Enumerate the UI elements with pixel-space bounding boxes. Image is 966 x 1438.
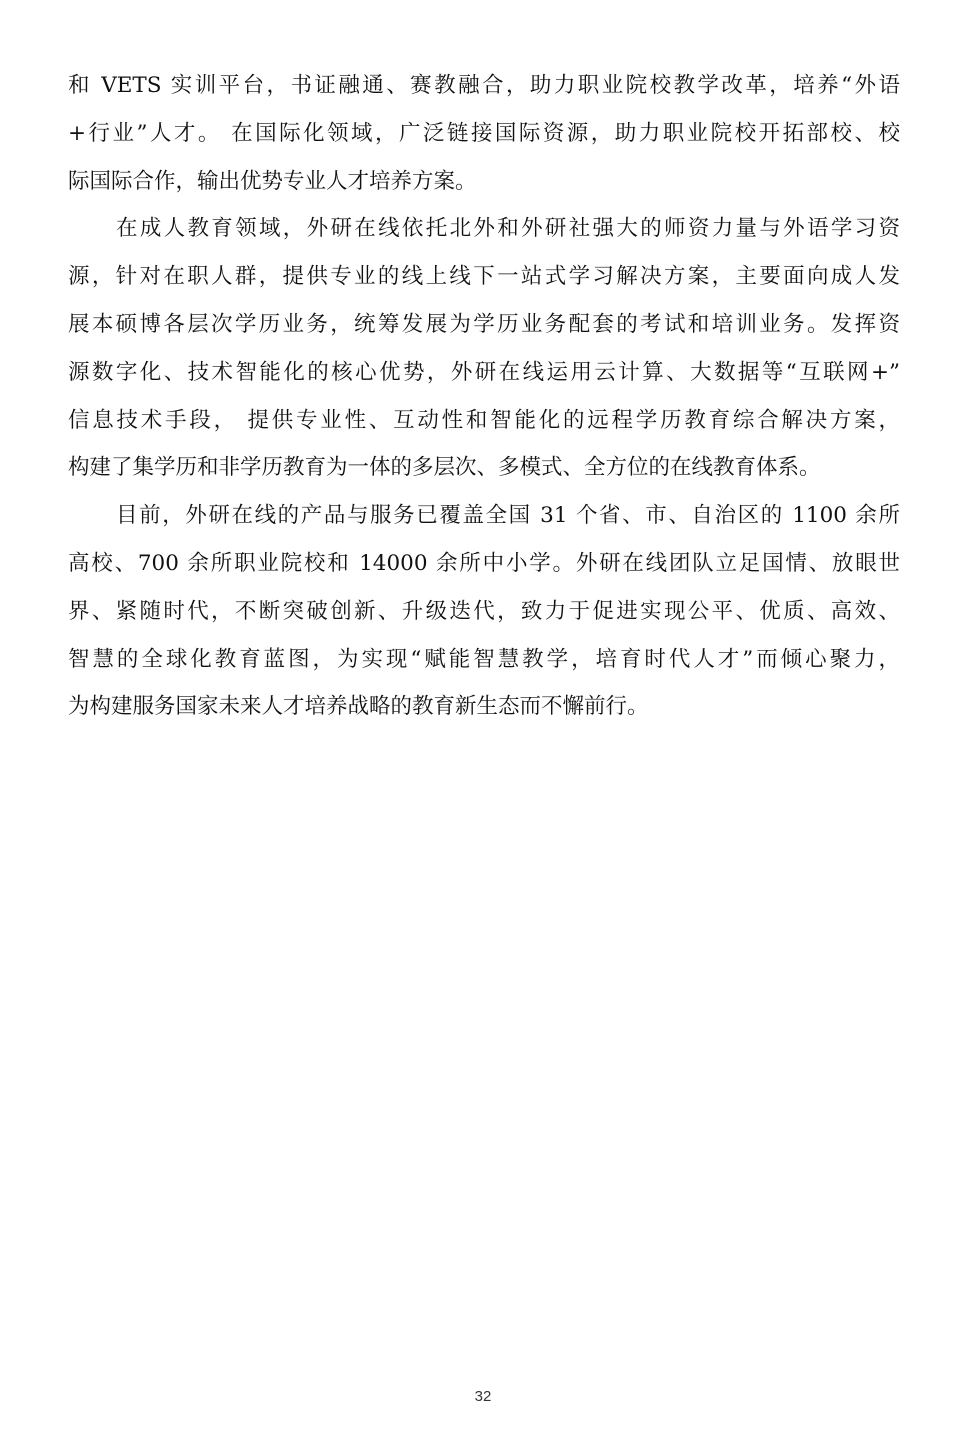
paragraph-international: 和 VETS 实训平台，书证融通、赛教融合，助力职业院校教学改革，培养“外语 +… [68, 62, 900, 205]
text-line: 和 VETS 实训平台，书证融通、赛教融合，助力职业院校教学改革，培养“外语 [68, 62, 900, 110]
text-line: 信息技术手段， 提供专业性、互动性和智能化的远程学历教育综合解决方案， [68, 397, 900, 445]
text-line: 为构建服务国家未来人才培养战略的教育新生态而不懈前行。 [68, 683, 900, 731]
text-line: 在成人教育领域，外研在线依托北外和外研社强大的师资力量与外语学习资 [68, 205, 900, 253]
paragraph-coverage: 目前，外研在线的产品与服务已覆盖全国 31 个省、市、自治区的 1100 余所 … [68, 492, 900, 731]
text-line: 目前，外研在线的产品与服务已覆盖全国 31 个省、市、自治区的 1100 余所 [68, 492, 900, 540]
text-line: 构建了集学历和非学历教育为一体的多层次、多模式、全方位的在线教育体系。 [68, 444, 900, 492]
text-line: 界、紧随时代，不断突破创新、升级迭代，致力于促进实现公平、优质、高效、 [68, 588, 900, 636]
text-line: 智慧的全球化教育蓝图，为实现“赋能智慧教学，培育时代人才”而倾心聚力， [68, 636, 900, 684]
text-line: +行业”人才。 在国际化领域，广泛链接国际资源，助力职业院校开拓部校、校 [68, 110, 900, 158]
text-line: 高校、700 余所职业院校和 14000 余所中小学。外研在线团队立足国情、放眼… [68, 540, 900, 588]
body-text: 和 VETS 实训平台，书证融通、赛教融合，助力职业院校教学改革，培养“外语 +… [68, 62, 900, 731]
text-line: 源数字化、技术智能化的核心优势，外研在线运用云计算、大数据等“互联网+” [68, 349, 900, 397]
document-page: 和 VETS 实训平台，书证融通、赛教融合，助力职业院校教学改革，培养“外语 +… [0, 0, 966, 1438]
text-line: 际国际合作，输出优势专业人才培养方案。 [68, 158, 900, 206]
paragraph-adult-education: 在成人教育领域，外研在线依托北外和外研社强大的师资力量与外语学习资 源，针对在职… [68, 205, 900, 492]
text-line: 源，针对在职人群，提供专业的线上线下一站式学习解决方案，主要面向成人发 [68, 253, 900, 301]
page-number: 32 [0, 1388, 966, 1405]
text-line: 展本硕博各层次学历业务，统筹发展为学历业务配套的考试和培训业务。发挥资 [68, 301, 900, 349]
